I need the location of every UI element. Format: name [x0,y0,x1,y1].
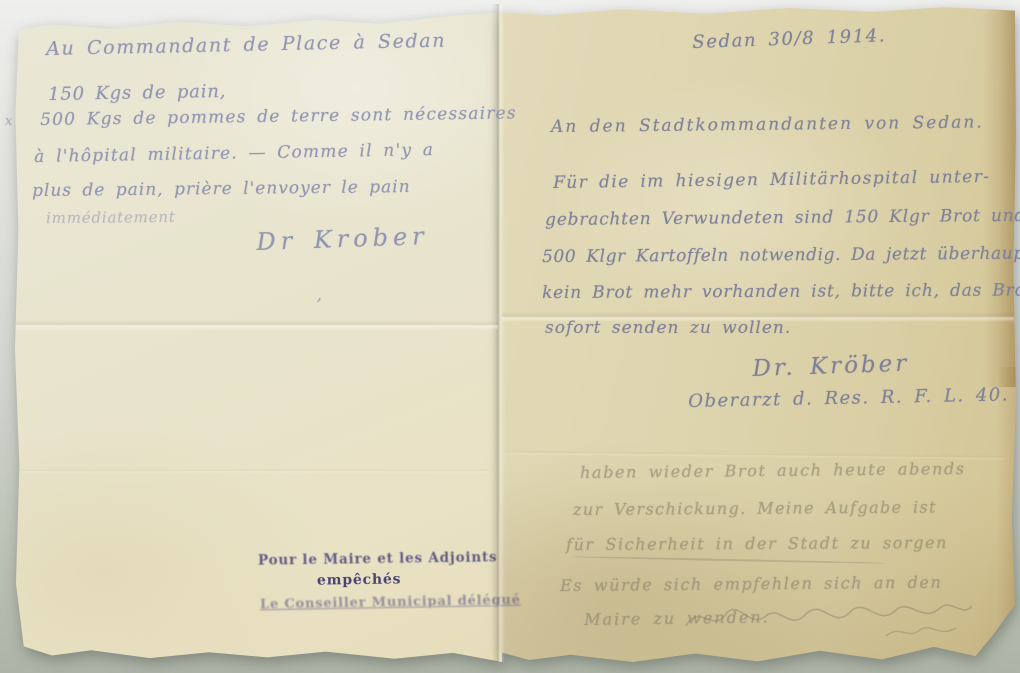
german-body-line-3: 500 Klgr Kartoffeln notwendig. Da jetzt … [542,244,1020,267]
french-line-2: 150 Kgs de pain, [48,81,226,105]
minor-crease-left [20,468,490,474]
pencil-note-line-3: für Sicherheit in der Stadt zu sorgen [566,533,948,554]
german-body-line-4: kein Brot mehr vorhanden ist, bitte ich,… [542,280,1020,303]
fold-crease-left-page [16,320,498,330]
browned-paper-edge [983,4,1017,387]
browned-paper-edge-lower [997,367,1017,664]
stamp-line-1: Pour le Maire et les Adjoints [258,549,498,568]
german-body-line-2: gebrachten Verwundeten sind 150 Klgr Bro… [545,206,1020,230]
german-signature-name: Dr. Kröber [752,351,910,382]
german-body-line-5: sofort senden zu wollen. [545,318,791,338]
french-line-6: immédiatement [46,208,176,227]
illegible-signature-scribble [678,590,978,645]
pencil-note-line-1: haben wieder Brot auch heute abends [580,459,966,482]
french-line-5: plus de pain, prière l'envoyer le pain [32,177,411,201]
letter-photograph: Au Commandant de Place à Sedan 150 Kgs d… [0,0,1020,673]
stray-mark: ’ [316,295,323,316]
pencil-note-line-2: zur Verschickung. Meine Aufgabe ist [573,497,937,519]
french-margin-mark: x [5,114,13,129]
stamp-line-2: empêchés [317,571,402,588]
french-signature: Dr Krober [256,222,429,256]
